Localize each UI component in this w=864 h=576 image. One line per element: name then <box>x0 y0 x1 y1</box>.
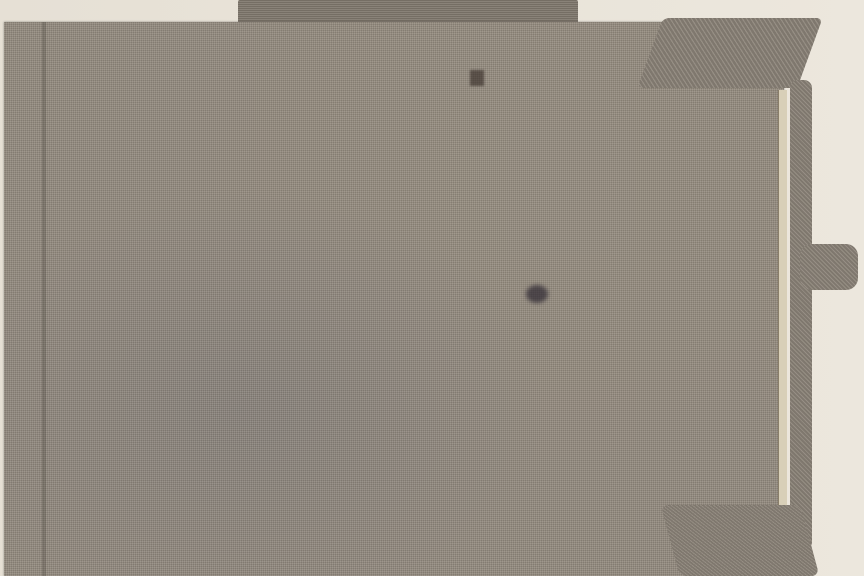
page-edge <box>778 90 787 530</box>
spine-crease <box>42 22 46 576</box>
book-cover <box>4 22 784 576</box>
stain-spot <box>526 285 548 303</box>
tie-bottom <box>660 505 819 576</box>
tie-top <box>637 18 822 88</box>
tie-side <box>790 80 812 550</box>
tie-knot <box>800 244 858 290</box>
top-tab <box>238 0 578 24</box>
stain-mark <box>470 70 484 86</box>
